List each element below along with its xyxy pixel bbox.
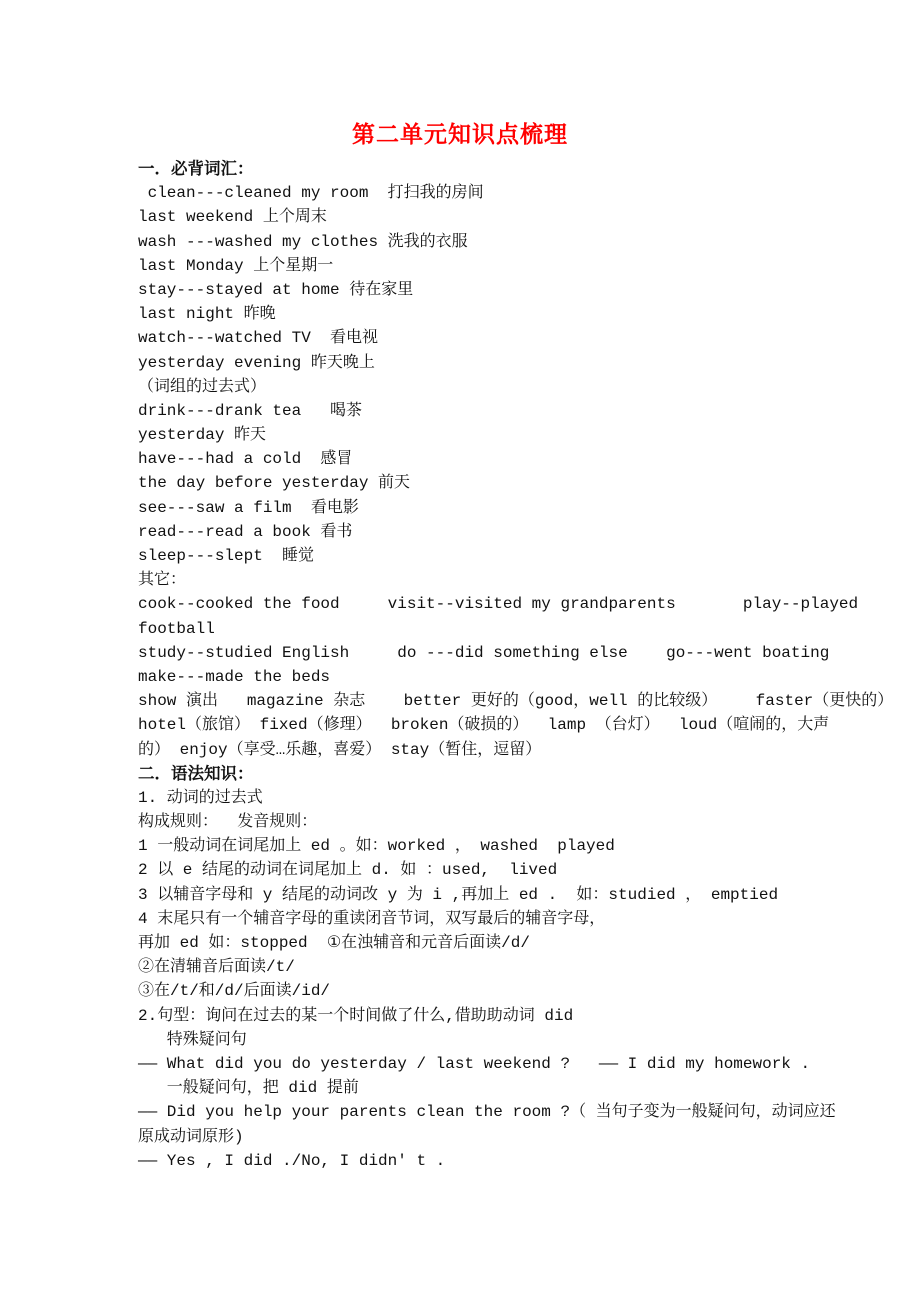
text-line: clean---cleaned my room 打扫我的房间 [138,181,878,205]
text-line: —— What did you do yesterday / last week… [138,1052,878,1076]
section-heading: 一．必背词汇： [138,157,878,181]
text-line: hotel（旅馆） fixed（修理） broken（破损的） lamp （台灯… [138,713,878,737]
section-heading: 二．语法知识： [138,762,878,786]
text-line: stay---stayed at home 待在家里 [138,278,878,302]
text-line: read---read a book 看书 [138,520,878,544]
text-line: 的） enjoy（享受…乐趣，喜爱） stay（暂住，逗留） [138,738,878,762]
text-line: football [138,617,878,641]
text-line: ③在/t/和/d/后面读/id/ [138,979,878,1003]
text-line: watch---watched TV 看电视 [138,326,878,350]
text-line: last weekend 上个周末 [138,205,878,229]
text-line: 再加 ed 如：stopped ①在浊辅音和元音后面读/d/ [138,931,878,955]
text-line: 2 以 e 结尾的动词在词尾加上 d. 如 ：used, lived [138,858,878,882]
text-line: last Monday 上个星期一 [138,254,878,278]
text-line: 特殊疑问句 [138,1028,878,1052]
text-line: study--studied English do ---did somethi… [138,641,878,665]
text-line: sleep---slept 睡觉 [138,544,878,568]
text-line: 3 以辅音字母和 y 结尾的动词改 y 为 i ,再加上 ed . 如：stud… [138,883,878,907]
text-line: 其它： [138,568,878,592]
text-line: 构成规则： 发音规则： [138,810,878,834]
text-line: cook--cooked the food visit--visited my … [138,592,878,616]
text-line: show 演出 magazine 杂志 better 更好的（good，well… [138,689,878,713]
text-line: last night 昨晚 [138,302,878,326]
text-line: 1 一般动词在词尾加上 ed 。如：worked ， washed played [138,834,878,858]
text-line: —— Did you help your parents clean the r… [138,1100,878,1124]
document-page: 第二单元知识点梳理 一．必背词汇： clean---cleaned my roo… [0,0,920,1302]
document-title: 第二单元知识点梳理 [0,116,920,149]
text-line: 原成动词原形) [138,1125,878,1149]
text-line: 2.句型：询问在过去的某一个时间做了什么,借助助动词 did [138,1004,878,1028]
text-line: yesterday 昨天 [138,423,878,447]
text-line: 一般疑问句，把 did 提前 [138,1076,878,1100]
text-line: have---had a cold 感冒 [138,447,878,471]
text-line: the day before yesterday 前天 [138,471,878,495]
text-line: wash ---washed my clothes 洗我的衣服 [138,230,878,254]
text-line: see---saw a film 看电影 [138,496,878,520]
text-line: make---made the beds [138,665,878,689]
text-line: drink---drank tea 喝茶 [138,399,878,423]
text-line: 1. 动词的过去式 [138,786,878,810]
text-line: 4 末尾只有一个辅音字母的重读闭音节词，双写最后的辅音字母， [138,907,878,931]
document-body: 一．必背词汇： clean---cleaned my room 打扫我的房间la… [138,157,878,1173]
text-line: yesterday evening 昨天晚上 [138,351,878,375]
text-line: —— Yes , I did ./No, I didn' t . [138,1149,878,1173]
text-line: ②在清辅音后面读/t/ [138,955,878,979]
text-line: （词组的过去式） [138,375,878,399]
